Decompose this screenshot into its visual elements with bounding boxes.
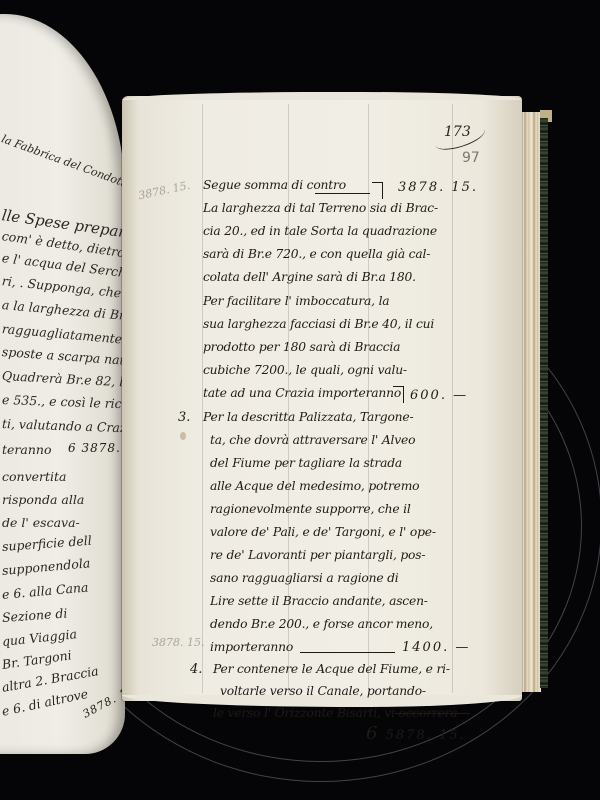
left-line: la Fabbrica del Condotto xyxy=(0,132,134,191)
left-line: de l' escava- xyxy=(2,515,80,530)
subtotal-symbol: 6 xyxy=(68,441,77,455)
item-3-line: importeranno xyxy=(210,640,293,654)
left-line: convertita xyxy=(2,469,67,484)
marbled-cover-edge xyxy=(540,118,548,688)
page-total: 6 5878. 15. xyxy=(366,723,466,744)
item-3-line: Per la descritta Palizzata, Targone- xyxy=(203,410,413,424)
left-page-text: la Fabbrica del Condotto lle Spese prepa… xyxy=(0,14,125,754)
carry-forward-amount: 3878. 15. xyxy=(398,180,478,195)
secondary-folio-number: 97 xyxy=(462,150,480,166)
left-line: ti, valutando a Crazia xyxy=(2,416,138,436)
left-line: teranno xyxy=(2,442,51,457)
left-line: risponda alla xyxy=(2,492,84,507)
left-line: sposte a scarpa natu- xyxy=(1,344,137,368)
item-number: 4. xyxy=(190,662,202,677)
entry-line: sarà di Br.e 720., e con quella già cal- xyxy=(203,247,430,261)
margin-faint-note: 3878. 15. xyxy=(152,636,204,649)
item-3-line: del Fiume per tagliare la strada xyxy=(210,456,402,470)
entry-line: prodotto per 180 sarà di Braccia xyxy=(203,340,400,354)
item-3-line: sano ragguagliarsi a ragione di xyxy=(210,571,399,585)
left-line: superficie dell xyxy=(1,533,92,554)
entry-line: La larghezza di tal Terreno sia di Brac- xyxy=(203,201,438,215)
total-rule xyxy=(395,713,470,714)
item-3-line: ta, che dovrà attraversare l' Alveo xyxy=(210,433,415,447)
left-page: la Fabbrica del Condotto lle Spese prepa… xyxy=(0,14,125,754)
item-4-line: voltarle verso il Canale, portando- xyxy=(220,684,426,698)
left-line: Sezione di xyxy=(1,605,67,625)
leader-line xyxy=(300,652,395,653)
entry-line: sua larghezza facciasi di Br.e 40, il cu… xyxy=(203,317,434,331)
item-3-line: dendo Br.e 200., e forse ancor meno, xyxy=(210,617,433,631)
left-line: qua Viaggia xyxy=(1,626,77,649)
left-line: supponendola xyxy=(1,555,90,578)
item-number: 3. xyxy=(178,410,190,425)
carry-forward-line: Segue somma di contro xyxy=(203,178,346,192)
item-4-line: Per contenere le Acque del Fiume, e ri- xyxy=(213,662,450,676)
total-symbol: 6 xyxy=(366,723,379,744)
item-3-line: ragionevolmente supporre, che il xyxy=(210,502,411,516)
entry-line: colata dell' Argine sarà di Br.a 180. xyxy=(203,270,416,284)
manuscript-photo: la Fabbrica del Condotto lle Spese prepa… xyxy=(0,0,600,800)
item-3-line: valore de' Pali, e de' Targoni, e l' ope… xyxy=(210,525,436,539)
ink-stain xyxy=(180,432,186,440)
entry-line: tate ad una Crazia importeranno xyxy=(203,386,401,400)
item-3-line: Lire sette il Braccio andante, ascen- xyxy=(210,594,428,608)
entry-line: cia 20., ed in tale Sorta la quadrazione xyxy=(203,224,437,238)
entry-line: cubiche 7200., le quali, ogni valu- xyxy=(203,363,407,377)
sum-bracket xyxy=(393,386,404,403)
leader-line xyxy=(315,193,370,194)
item-3-amount: 1400. — xyxy=(402,640,470,655)
total-amount: 5878. 15. xyxy=(386,728,466,743)
item-3-line: alle Acque del medesimo, potremo xyxy=(210,479,419,493)
left-line: e 6. alla Cana xyxy=(1,579,89,601)
entry-amount: 600. — xyxy=(410,388,468,403)
left-line: Quadrerà Br.e 82, la xyxy=(2,368,132,390)
sum-bracket xyxy=(372,182,383,199)
item-3-line: re de' Lavoranti per piantargli, pos- xyxy=(210,548,425,562)
entry-line: Per facilitare l' imboccatura, la xyxy=(203,294,389,308)
